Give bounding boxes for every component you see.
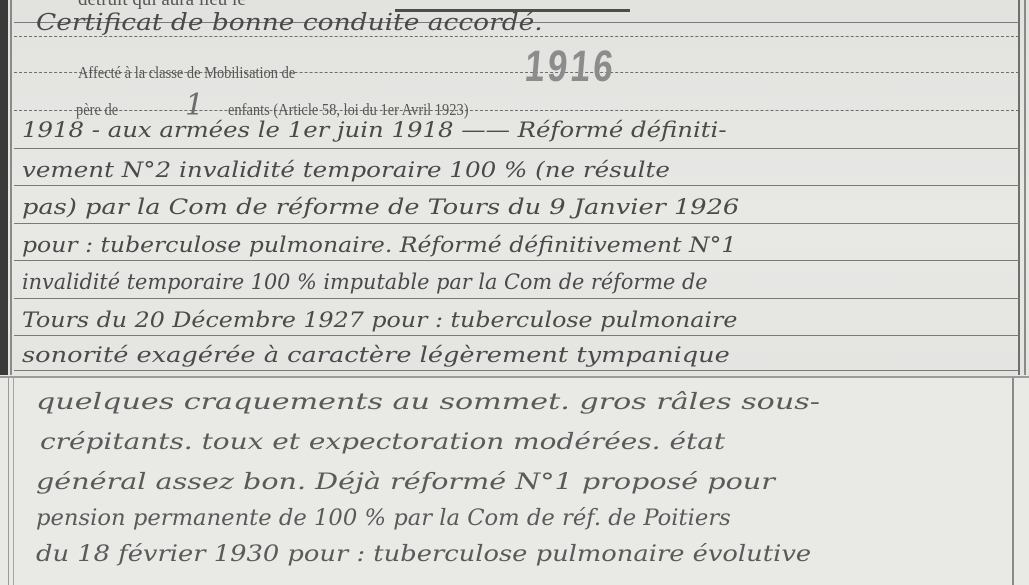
ruled-line	[14, 223, 1019, 224]
lower-handwritten-line-4: pension permanente de 100 % par la Com d…	[36, 506, 731, 531]
handwritten-line-4: pour : tuberculose pulmonaire. Réformé d…	[22, 233, 736, 257]
ruled-line	[14, 148, 1019, 149]
mobilisation-year-stamp: 1916	[523, 42, 618, 92]
lower-handwritten-line-5: du 18 février 1930 pour : tuberculose pu…	[36, 542, 811, 567]
right-margin-rule	[1018, 0, 1020, 375]
handwritten-line-6: Tours du 20 Décembre 1927 pour : tubercu…	[22, 308, 737, 332]
lower-handwritten-line-1: quelques craquements au sommet. gros râl…	[36, 390, 820, 415]
right-margin-rule	[1012, 378, 1014, 585]
handwritten-line-3: pas) par la Com de réforme de Tours du 9…	[22, 195, 739, 219]
left-margin-rule	[8, 378, 9, 585]
handwritten-line-2: vement N°2 invalidité temporaire 100 % (…	[22, 158, 670, 182]
upper-card-section: détruit qui aura lieu le Certificat de b…	[0, 0, 1029, 375]
enfants-article-label: enfants (Article 58, loi du 1er Avril 19…	[228, 100, 469, 120]
pere-de-label: père de	[76, 100, 118, 120]
ruled-line	[14, 298, 1019, 299]
ruled-line	[14, 185, 1019, 186]
ruled-line	[14, 36, 1019, 37]
lower-handwritten-line-3: général assez bon. Déjà réformé N°1 prop…	[36, 470, 775, 495]
right-margin-rule-outer	[1024, 0, 1026, 375]
certificat-line: Certificat de bonne conduite accordé.	[36, 10, 543, 36]
ruled-line	[14, 335, 1019, 336]
mobilisation-label: Affecté à la classe de Mobilisation de	[78, 63, 295, 83]
lower-card-section: quelques craquements au sommet. gros râl…	[0, 376, 1029, 585]
left-margin-rule-inner	[13, 378, 14, 585]
ruled-line	[14, 370, 1019, 371]
handwritten-line-7: sonorité exagérée à caractère légèrement…	[22, 343, 730, 367]
left-margin-rule	[10, 0, 12, 375]
card-binding-edge	[0, 0, 8, 375]
handwritten-line-5: invalidité temporaire 100 % imputable pa…	[22, 270, 708, 294]
handwritten-line-1: 1918 - aux armées le 1er juin 1918 —— Ré…	[22, 118, 727, 142]
ruled-line	[14, 110, 1019, 111]
registry-card: détruit qui aura lieu le Certificat de b…	[0, 0, 1029, 585]
lower-handwritten-line-2: crépitants. toux et expectoration modéré…	[40, 430, 725, 455]
ruled-line	[14, 260, 1019, 261]
